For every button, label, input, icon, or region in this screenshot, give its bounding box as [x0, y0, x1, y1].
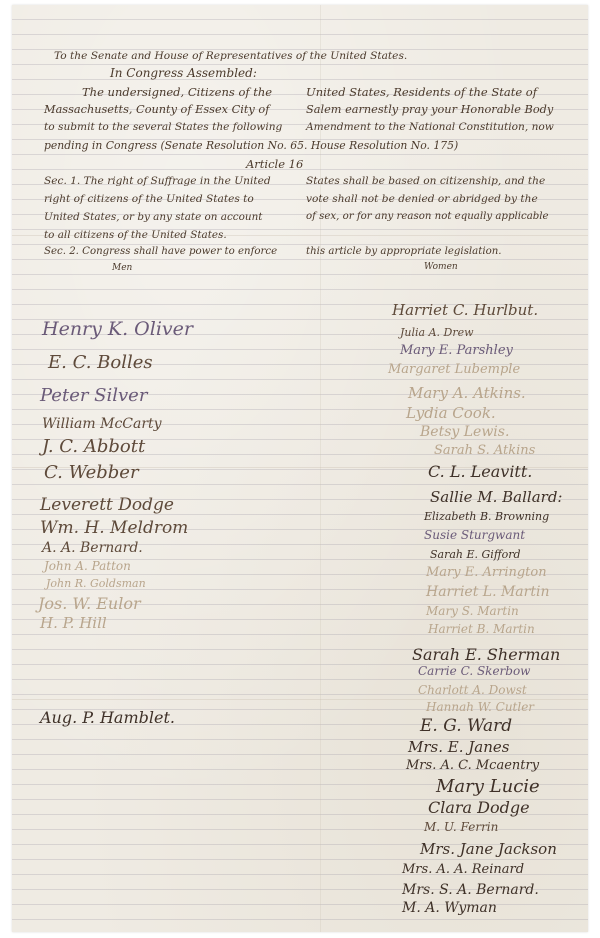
signature: Mary S. Martin [426, 604, 519, 618]
preamble-row2-left: Massachusetts, County of Essex City of [44, 103, 269, 116]
signature: Aug. P. Hamblet. [40, 708, 175, 727]
signature: Carrie C. Skerbow [418, 664, 530, 678]
signature: Wm. H. Meldrom [40, 518, 188, 538]
signature: Mrs. A. A. Reinard [402, 862, 524, 877]
sec1-row2-right: vote shall not be denied or abridged by … [306, 193, 538, 205]
signature: Mary Lucie [436, 776, 540, 797]
signature: Leverett Dodge [40, 495, 174, 515]
men-column-heading: Men [112, 263, 132, 273]
signature: John A. Patton [44, 559, 131, 573]
signature: J. C. Abbott [42, 436, 145, 457]
signature: William McCarty [42, 416, 162, 432]
signature: Harriet L. Martin [426, 584, 549, 600]
women-column-heading: Women [424, 262, 458, 272]
preamble-row4: pending in Congress (Senate Resolution N… [44, 139, 458, 152]
signature: C. L. Leavitt. [428, 462, 532, 481]
signature: Lydia Cook. [406, 404, 496, 422]
article-title: Article 16 [246, 157, 303, 171]
sec1-row1-right: States shall be based on citizenship, an… [306, 175, 545, 187]
sec1-row4: to all citizens of the United States. [44, 229, 227, 241]
signature: Julia A. Drew [400, 326, 474, 339]
signature: Mrs. E. Janes [408, 738, 509, 756]
signature: Mary A. Atkins. [408, 384, 526, 402]
preamble-row1-right: United States, Residents of the State of [306, 85, 537, 99]
header-assembled: In Congress Assembled: [110, 66, 257, 80]
signature: Mrs. Jane Jackson [420, 840, 557, 858]
preamble-row2-right: Salem earnestly pray your Honorable Body [306, 103, 553, 116]
signature: Mary E. Parshley [400, 343, 513, 358]
signature: Sarah E. Gifford [430, 548, 521, 561]
signature: C. Webber [44, 462, 139, 483]
signature: Mrs. S. A. Bernard. [402, 882, 539, 898]
signature: A. A. Bernard. [42, 540, 143, 556]
signature: H. P. Hill [40, 614, 107, 632]
signature: M. U. Ferrin [424, 820, 498, 834]
sec2-right: this article by appropriate legislation. [306, 246, 502, 257]
signature: M. A. Wyman [402, 900, 497, 916]
signature: E. G. Ward [420, 716, 512, 736]
signature: Mary E. Arrington [426, 565, 547, 580]
preamble-row3-right: Amendment to the National Constitution, … [306, 121, 554, 133]
signature: Henry K. Oliver [42, 318, 193, 340]
preamble-row3-left: to submit to the several States the foll… [44, 121, 282, 133]
signature: Peter Silver [40, 385, 147, 406]
signature: Harriet B. Martin [428, 622, 535, 636]
sec1-row1-left: Sec. 1. The right of Suffrage in the Uni… [44, 175, 271, 187]
sec1-row2-left: right of citizens of the United States t… [44, 193, 254, 205]
signature: E. C. Bolles [48, 352, 153, 373]
signature: Elizabeth B. Browning [424, 510, 549, 523]
signature: Charlott A. Dowst [418, 683, 527, 697]
preamble-row1-left: The undersigned, Citizens of the [82, 85, 272, 99]
signature: Mrs. A. C. Mcaentry [406, 758, 539, 773]
signature: Sallie M. Ballard: [430, 488, 562, 506]
signature: Hannah W. Cutler [426, 700, 534, 714]
signature: Susie Sturgwant [424, 528, 525, 542]
signature: Sarah S. Atkins [434, 443, 535, 458]
sec1-row3-left: United States, or by any state on accoun… [44, 211, 262, 223]
signature: Jos. W. Eulor [38, 594, 141, 613]
signature: Margaret Lubemple [388, 362, 520, 377]
header-address: To the Senate and House of Representativ… [54, 50, 407, 62]
signature: Harriet C. Hurlbut. [392, 301, 538, 319]
sec2-left: Sec. 2. Congress shall have power to enf… [44, 246, 277, 257]
signature: John R. Goldsman [46, 577, 146, 590]
signature: Betsy Lewis. [420, 424, 509, 440]
signature: Sarah E. Sherman [412, 645, 560, 664]
signature: Clara Dodge [428, 798, 530, 817]
sec1-row3-right: of sex, or for any reason not equally ap… [306, 211, 549, 222]
